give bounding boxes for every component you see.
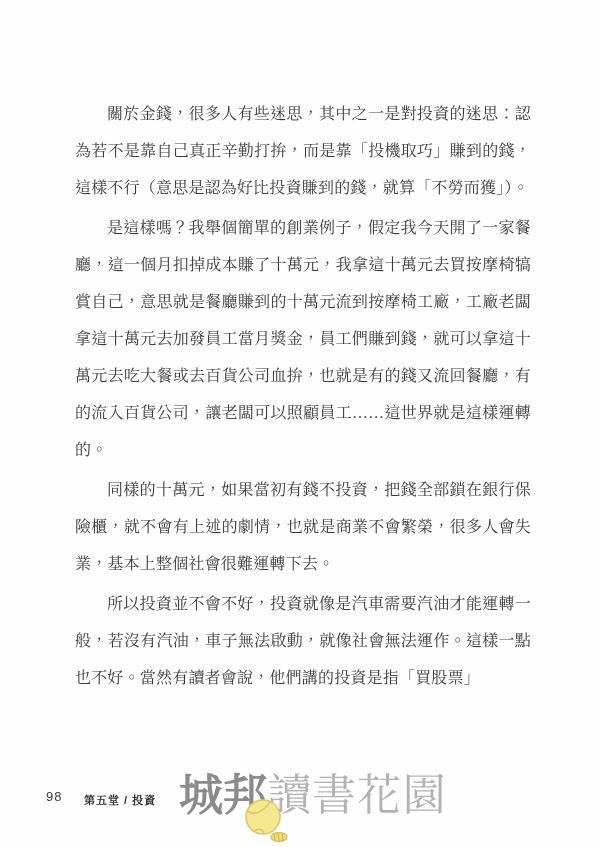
book-page: 關於金錢，很多人有些迷思，其中之一是對投資的迷思：認為若不是靠自己真正辛勤打拚，… [0,0,600,847]
paragraph-money-locked: 同樣的十萬元，如果當初有錢不投資，把錢全部鎖在銀行保險櫃，就不會有上述的劇情，也… [75,472,531,583]
watermark-suffix-text: 讀書花園 [267,771,447,820]
bee-ball-mascot-icon [243,798,291,843]
paragraph-money-myth: 關於金錢，很多人有些迷思，其中之一是對投資的迷思：認為若不是靠自己真正辛勤打拚，… [75,96,531,207]
paragraph-investing-gasoline: 所以投資並不會不好，投資就像是汽車需要汽油才能運轉一般，若沒有汽油，車子無法啟動… [75,586,531,697]
paragraph-restaurant-example: 是這樣嗎？我舉個簡單的創業例子，假定我今天開了一家餐廳，這一個月扣掉成本賺了十萬… [75,210,531,469]
chapter-label: 第五堂 / 投資 [84,792,156,808]
publisher-watermark: 城邦讀書花園 [179,772,447,822]
page-body: 關於金錢，很多人有些迷思，其中之一是對投資的迷思：認為若不是靠自己真正辛勤打拚，… [75,96,531,700]
page-number: 98 [46,789,62,804]
